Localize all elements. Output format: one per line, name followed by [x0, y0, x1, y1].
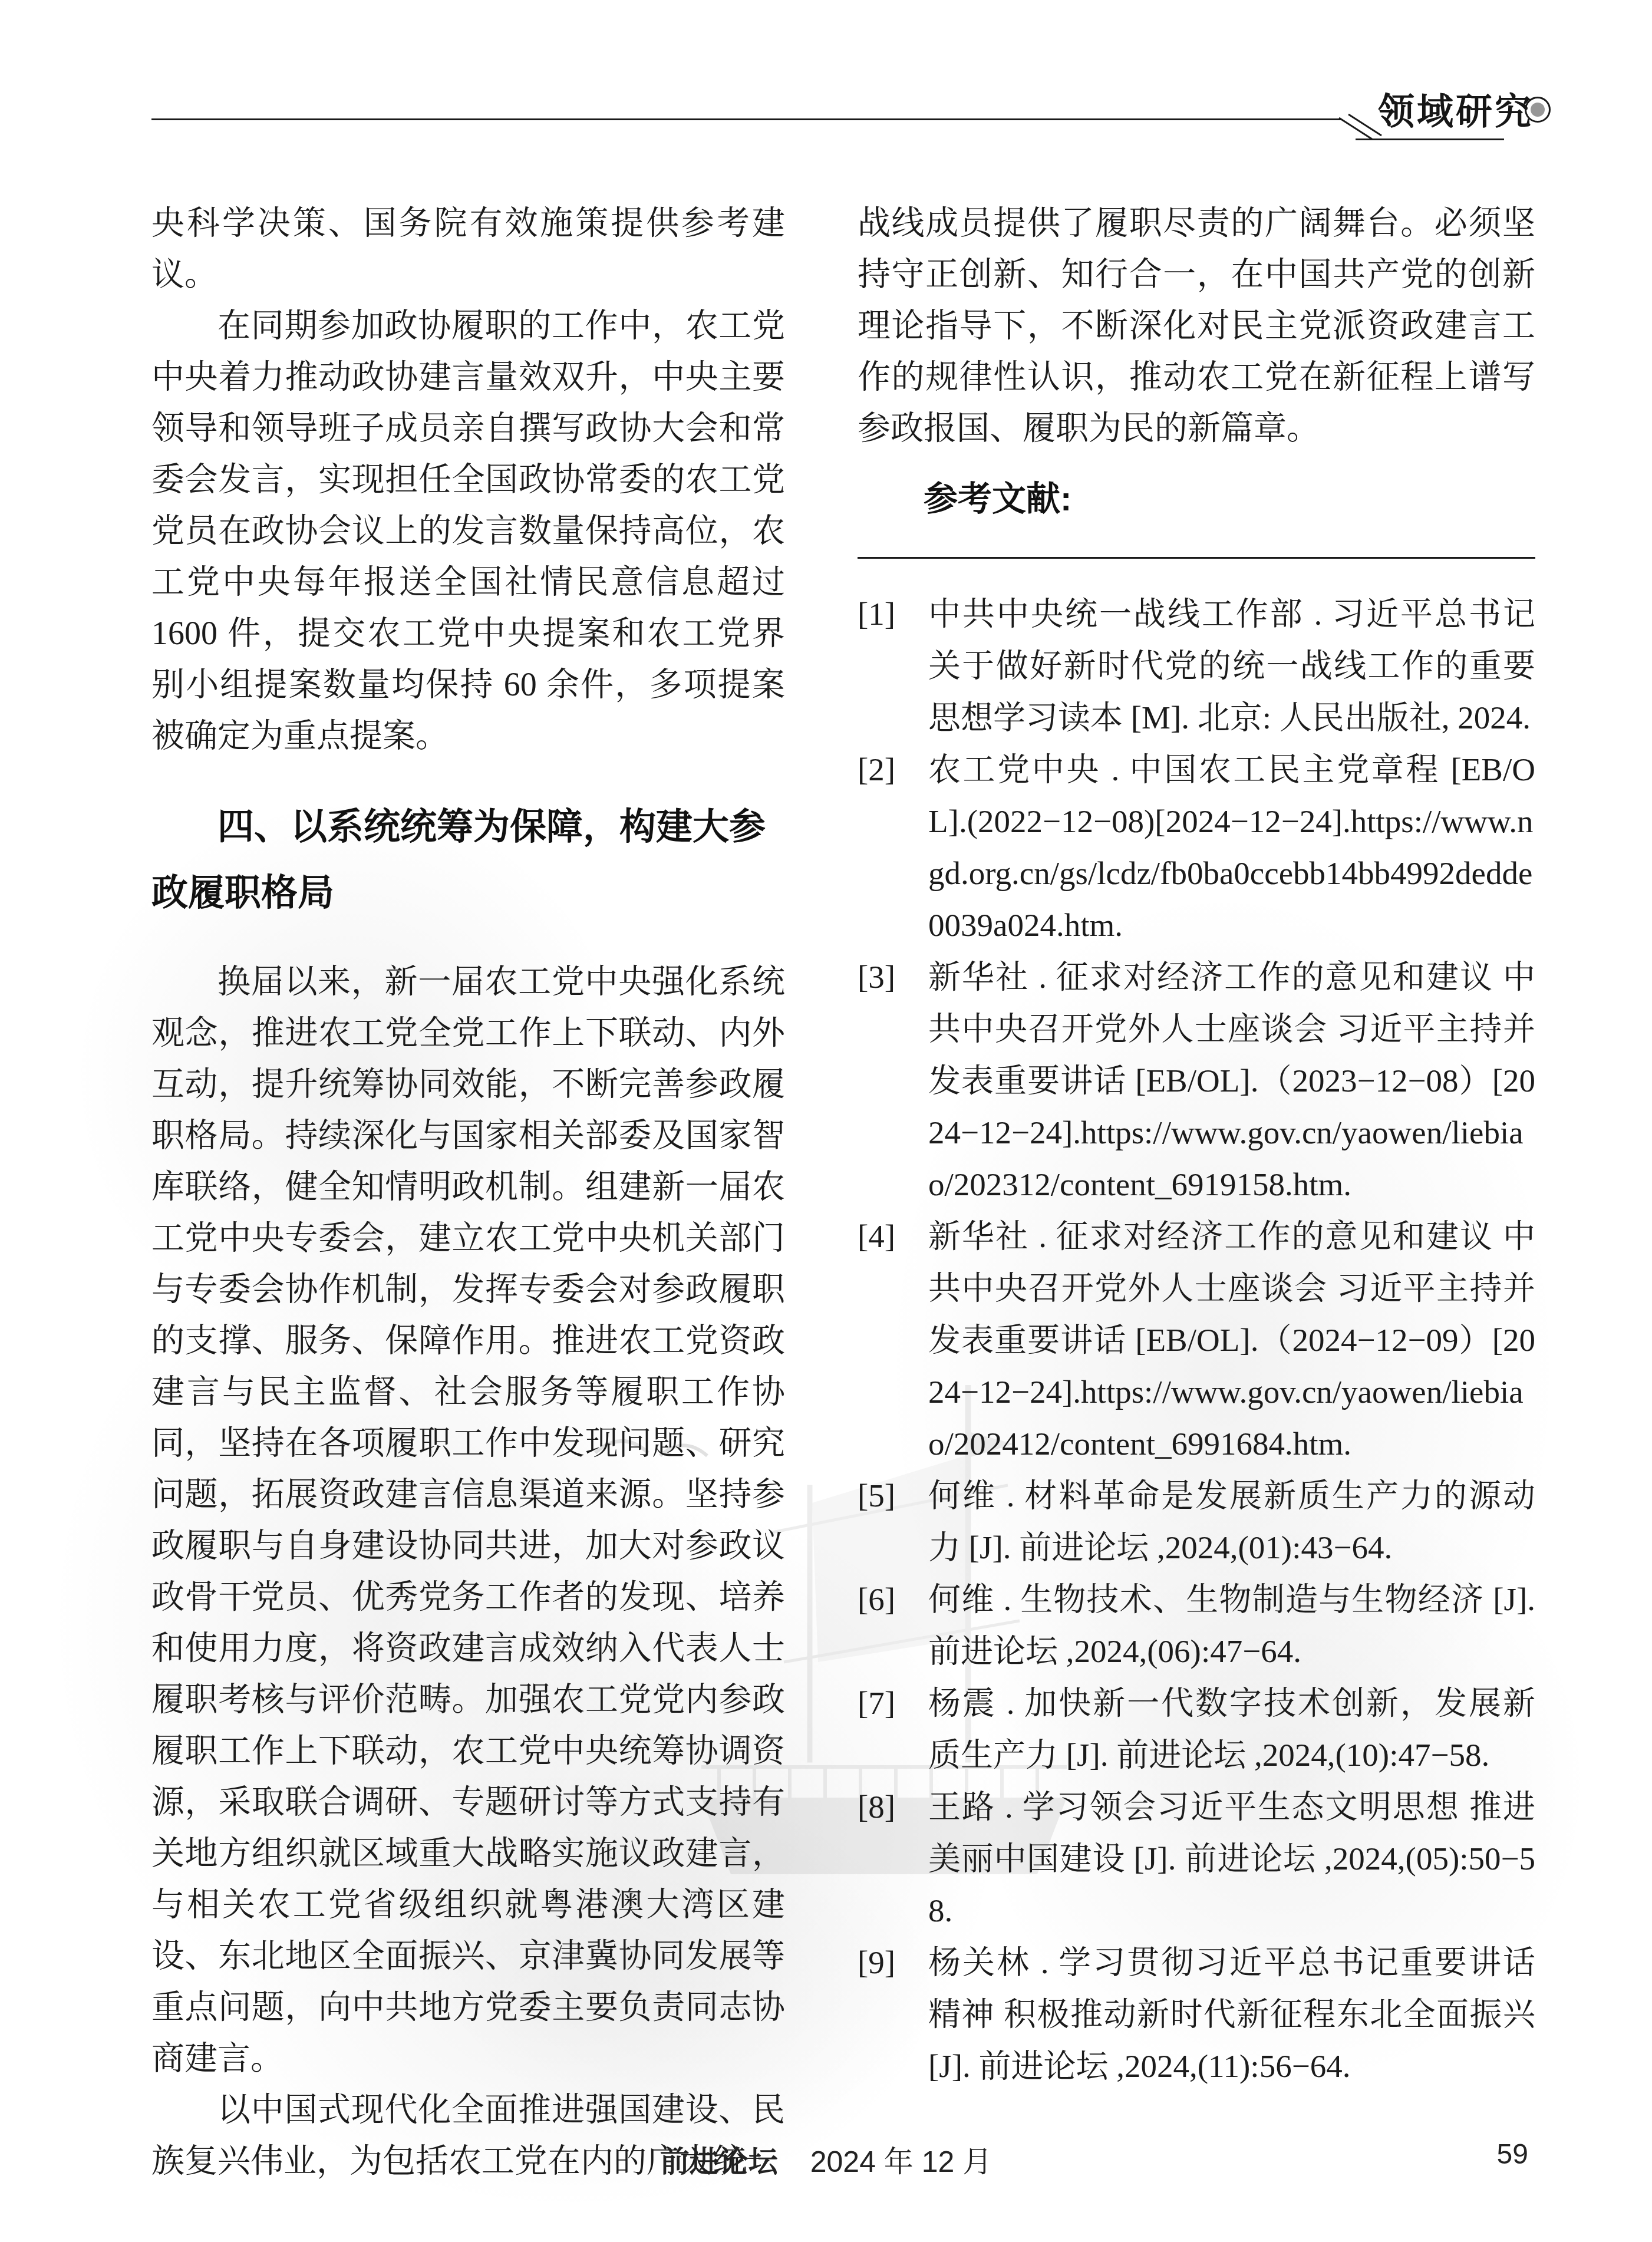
- reference-text: 何维 . 生物技术、生物制造与生物经济 [J]. 前进论坛 ,2024,(06)…: [928, 1581, 1535, 1669]
- page-number: 59: [1497, 2138, 1528, 2171]
- reference-number: [1]: [858, 588, 895, 640]
- paragraph-political-work: 在同期参加政协履职的工作中，农工党中央着力推动政协建言量效双升，中央主要领导和领…: [151, 301, 785, 762]
- reference-text: 杨关林 . 学习贯彻习近平总书记重要讲话精神 积极推动新时代新征程东北全面振兴 …: [928, 1944, 1535, 2084]
- reference-item: [1]中共中央统一战线工作部 . 习近平总书记关于做好新时代党的统一战线工作的重…: [858, 588, 1535, 744]
- reference-number: [8]: [858, 1781, 895, 1833]
- left-column: 央科学决策、国务院有效施策提供参考建议。 在同期参加政协履职的工作中，农工党中央…: [151, 198, 785, 2187]
- reference-item: [5]何维 . 材料革命是发展新质生产力的源动力 [J]. 前进论坛 ,2024…: [858, 1470, 1535, 1574]
- section-heading: 四、以系统统筹为保障，构建大参政履职格局: [151, 794, 785, 927]
- reference-item: [7]杨震 . 加快新一代数字技术创新，发展新质生产力 [J]. 前进论坛 ,2…: [858, 1677, 1535, 1781]
- reference-item: [2]农工党中央 . 中国农工民主党章程 [EB/OL].(2022−12−08…: [858, 744, 1535, 951]
- reference-number: [5]: [858, 1470, 895, 1522]
- journal-name: 前进论坛: [660, 2145, 778, 2178]
- reference-item: [4]新华社 . 征求对经济工作的意见和建议 中共中央召开党外人士座谈会 习近平…: [858, 1211, 1535, 1470]
- section-label: 领域研究: [1378, 83, 1534, 135]
- issue-date: 2024 年 12 月: [810, 2145, 992, 2178]
- reference-number: [3]: [858, 951, 895, 1003]
- reference-number: [9]: [858, 1937, 895, 1989]
- header-rule-left: [151, 118, 1341, 120]
- reference-text: 中共中央统一战线工作部 . 习近平总书记关于做好新时代党的统一战线工作的重要思想…: [928, 596, 1535, 736]
- journal-page: 领域研究 央科学决策、国务院有效施策提供参考建议。 在同期参加政协履职的工作中，…: [0, 0, 1652, 2242]
- reference-number: [6]: [858, 1574, 895, 1626]
- reference-number: [2]: [858, 744, 895, 796]
- bullet-dot: [1531, 103, 1545, 117]
- paragraph-closing-end: 战线成员提供了履职尽责的广阔舞台。必须坚持守正创新、知行合一，在中国共产党的创新…: [858, 198, 1535, 454]
- reference-text: 王路 . 学习领会习近平生态文明思想 推进美丽中国建设 [J]. 前进论坛 ,2…: [928, 1789, 1535, 1928]
- right-column: 战线成员提供了履职尽责的广阔舞台。必须坚持守正创新、知行合一，在中国共产党的创新…: [858, 198, 1535, 2092]
- header-rule-right: [1356, 139, 1504, 140]
- reference-text: 新华社 . 征求对经济工作的意见和建议 中共中央召开党外人士座谈会 习近平主持并…: [928, 959, 1535, 1202]
- paragraph-overview: 换届以来，新一届农工党中央强化系统观念，推进农工党全党工作上下联动、内外互动，提…: [151, 957, 785, 2085]
- reference-number: [7]: [858, 1677, 895, 1729]
- reference-number: [4]: [858, 1211, 895, 1262]
- reference-item: [3]新华社 . 征求对经济工作的意见和建议 中共中央召开党外人士座谈会 习近平…: [858, 951, 1535, 1211]
- references-heading: 参考文献:: [858, 476, 1535, 523]
- paragraph-continuation: 央科学决策、国务院有效施策提供参考建议。: [151, 198, 785, 301]
- reference-text: 农工党中央 . 中国农工民主党章程 [EB/OL].(2022−12−08)[2…: [928, 751, 1535, 943]
- footer: 前进论坛2024 年 12 月: [0, 2138, 1652, 2181]
- references-list: [1]中共中央统一战线工作部 . 习近平总书记关于做好新时代党的统一战线工作的重…: [858, 588, 1535, 2092]
- reference-item: [8]王路 . 学习领会习近平生态文明思想 推进美丽中国建设 [J]. 前进论坛…: [858, 1781, 1535, 1937]
- reference-text: 何维 . 材料革命是发展新质生产力的源动力 [J]. 前进论坛 ,2024,(0…: [928, 1478, 1535, 1565]
- reference-text: 新华社 . 征求对经济工作的意见和建议 中共中央召开党外人士座谈会 习近平主持并…: [928, 1218, 1535, 1462]
- reference-item: [6]何维 . 生物技术、生物制造与生物经济 [J]. 前进论坛 ,2024,(…: [858, 1574, 1535, 1677]
- target-bullet-icon: [1525, 97, 1551, 123]
- references-divider: [858, 557, 1535, 559]
- reference-item: [9]杨关林 . 学习贯彻习近平总书记重要讲话精神 积极推动新时代新征程东北全面…: [858, 1937, 1535, 2092]
- reference-text: 杨震 . 加快新一代数字技术创新，发展新质生产力 [J]. 前进论坛 ,2024…: [928, 1685, 1535, 1773]
